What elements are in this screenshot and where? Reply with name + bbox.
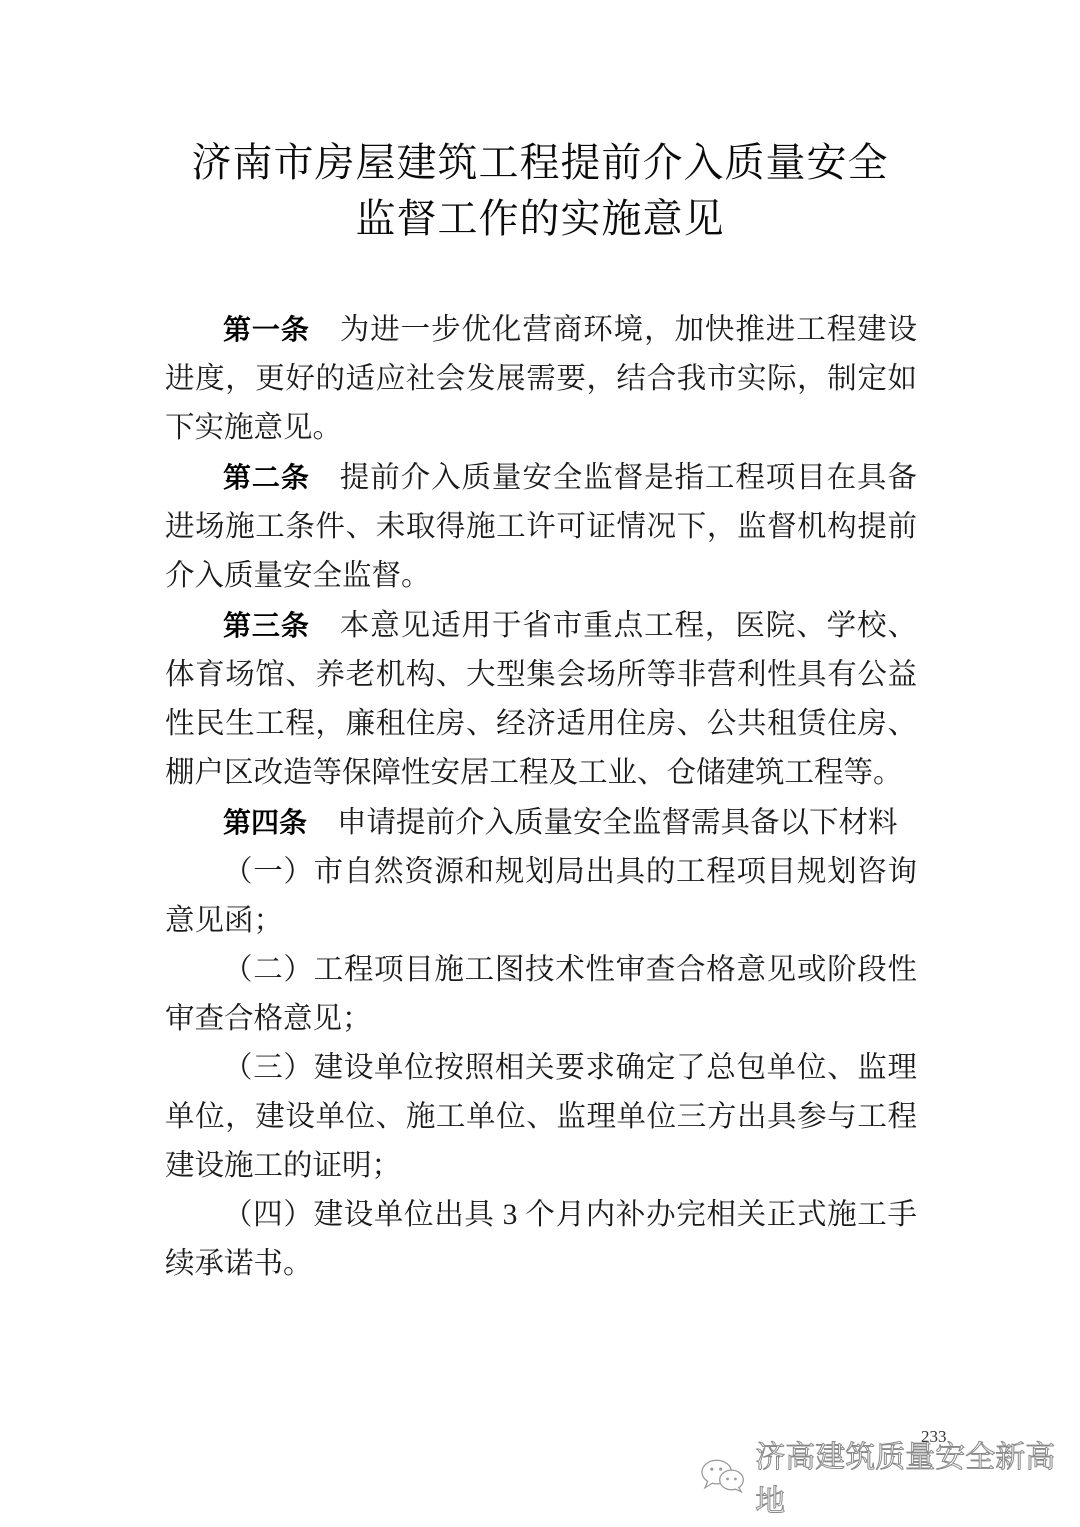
document-body: 第一条为进一步优化营商环境，加快推进工程建设进度，更好的适应社会发展需要，结合我… [165,305,917,1289]
wechat-icon [700,1458,747,1494]
article-text: 申请提前介入质量安全监督需具备以下材料 [337,807,898,839]
article-label: 第四条 [223,806,307,839]
article-label: 第二条 [223,461,310,494]
watermark-text: 济高建筑质量安全新高地 [755,1432,1080,1520]
article-4: 第四条申请提前介入质量安全监督需具备以下材料 [165,798,917,848]
article-label: 第三条 [223,609,310,642]
document-page: 济南市房屋建筑工程提前介入质量安全 监督工作的实施意见 第一条为进一步优化营商环… [0,0,1080,1527]
document-title-line-2: 监督工作的实施意见 [0,199,1080,239]
article-1: 第一条为进一步优化营商环境，加快推进工程建设进度，更好的适应社会发展需要，结合我… [165,305,917,453]
article-2: 第二条提前介入质量安全监督是指工程项目在具备进场施工条件、未取得施工许可证情况下… [165,453,917,601]
watermark: 济高建筑质量安全新高地 [700,1455,1080,1497]
article-label: 第一条 [223,313,310,346]
document-title-line-1: 济南市房屋建筑工程提前介入质量安全 [0,143,1080,183]
article-3: 第三条本意见适用于省市重点工程，医院、学校、体育场馆、养老机构、大型集会场所等非… [165,601,917,798]
list-item-3: （三）建设单位按照相关要求确定了总包单位、监理单位，建设单位、施工单位、监理单位… [165,1044,917,1191]
list-item-4: （四）建设单位出具 3 个月内补办完相关正式施工手续承诺书。 [165,1191,917,1289]
list-item-1: （一）市自然资源和规划局出具的工程项目规划咨询意见函； [165,848,917,946]
list-item-2: （二）工程项目施工图技术性审查合格意见或阶段性审查合格意见； [165,946,917,1044]
